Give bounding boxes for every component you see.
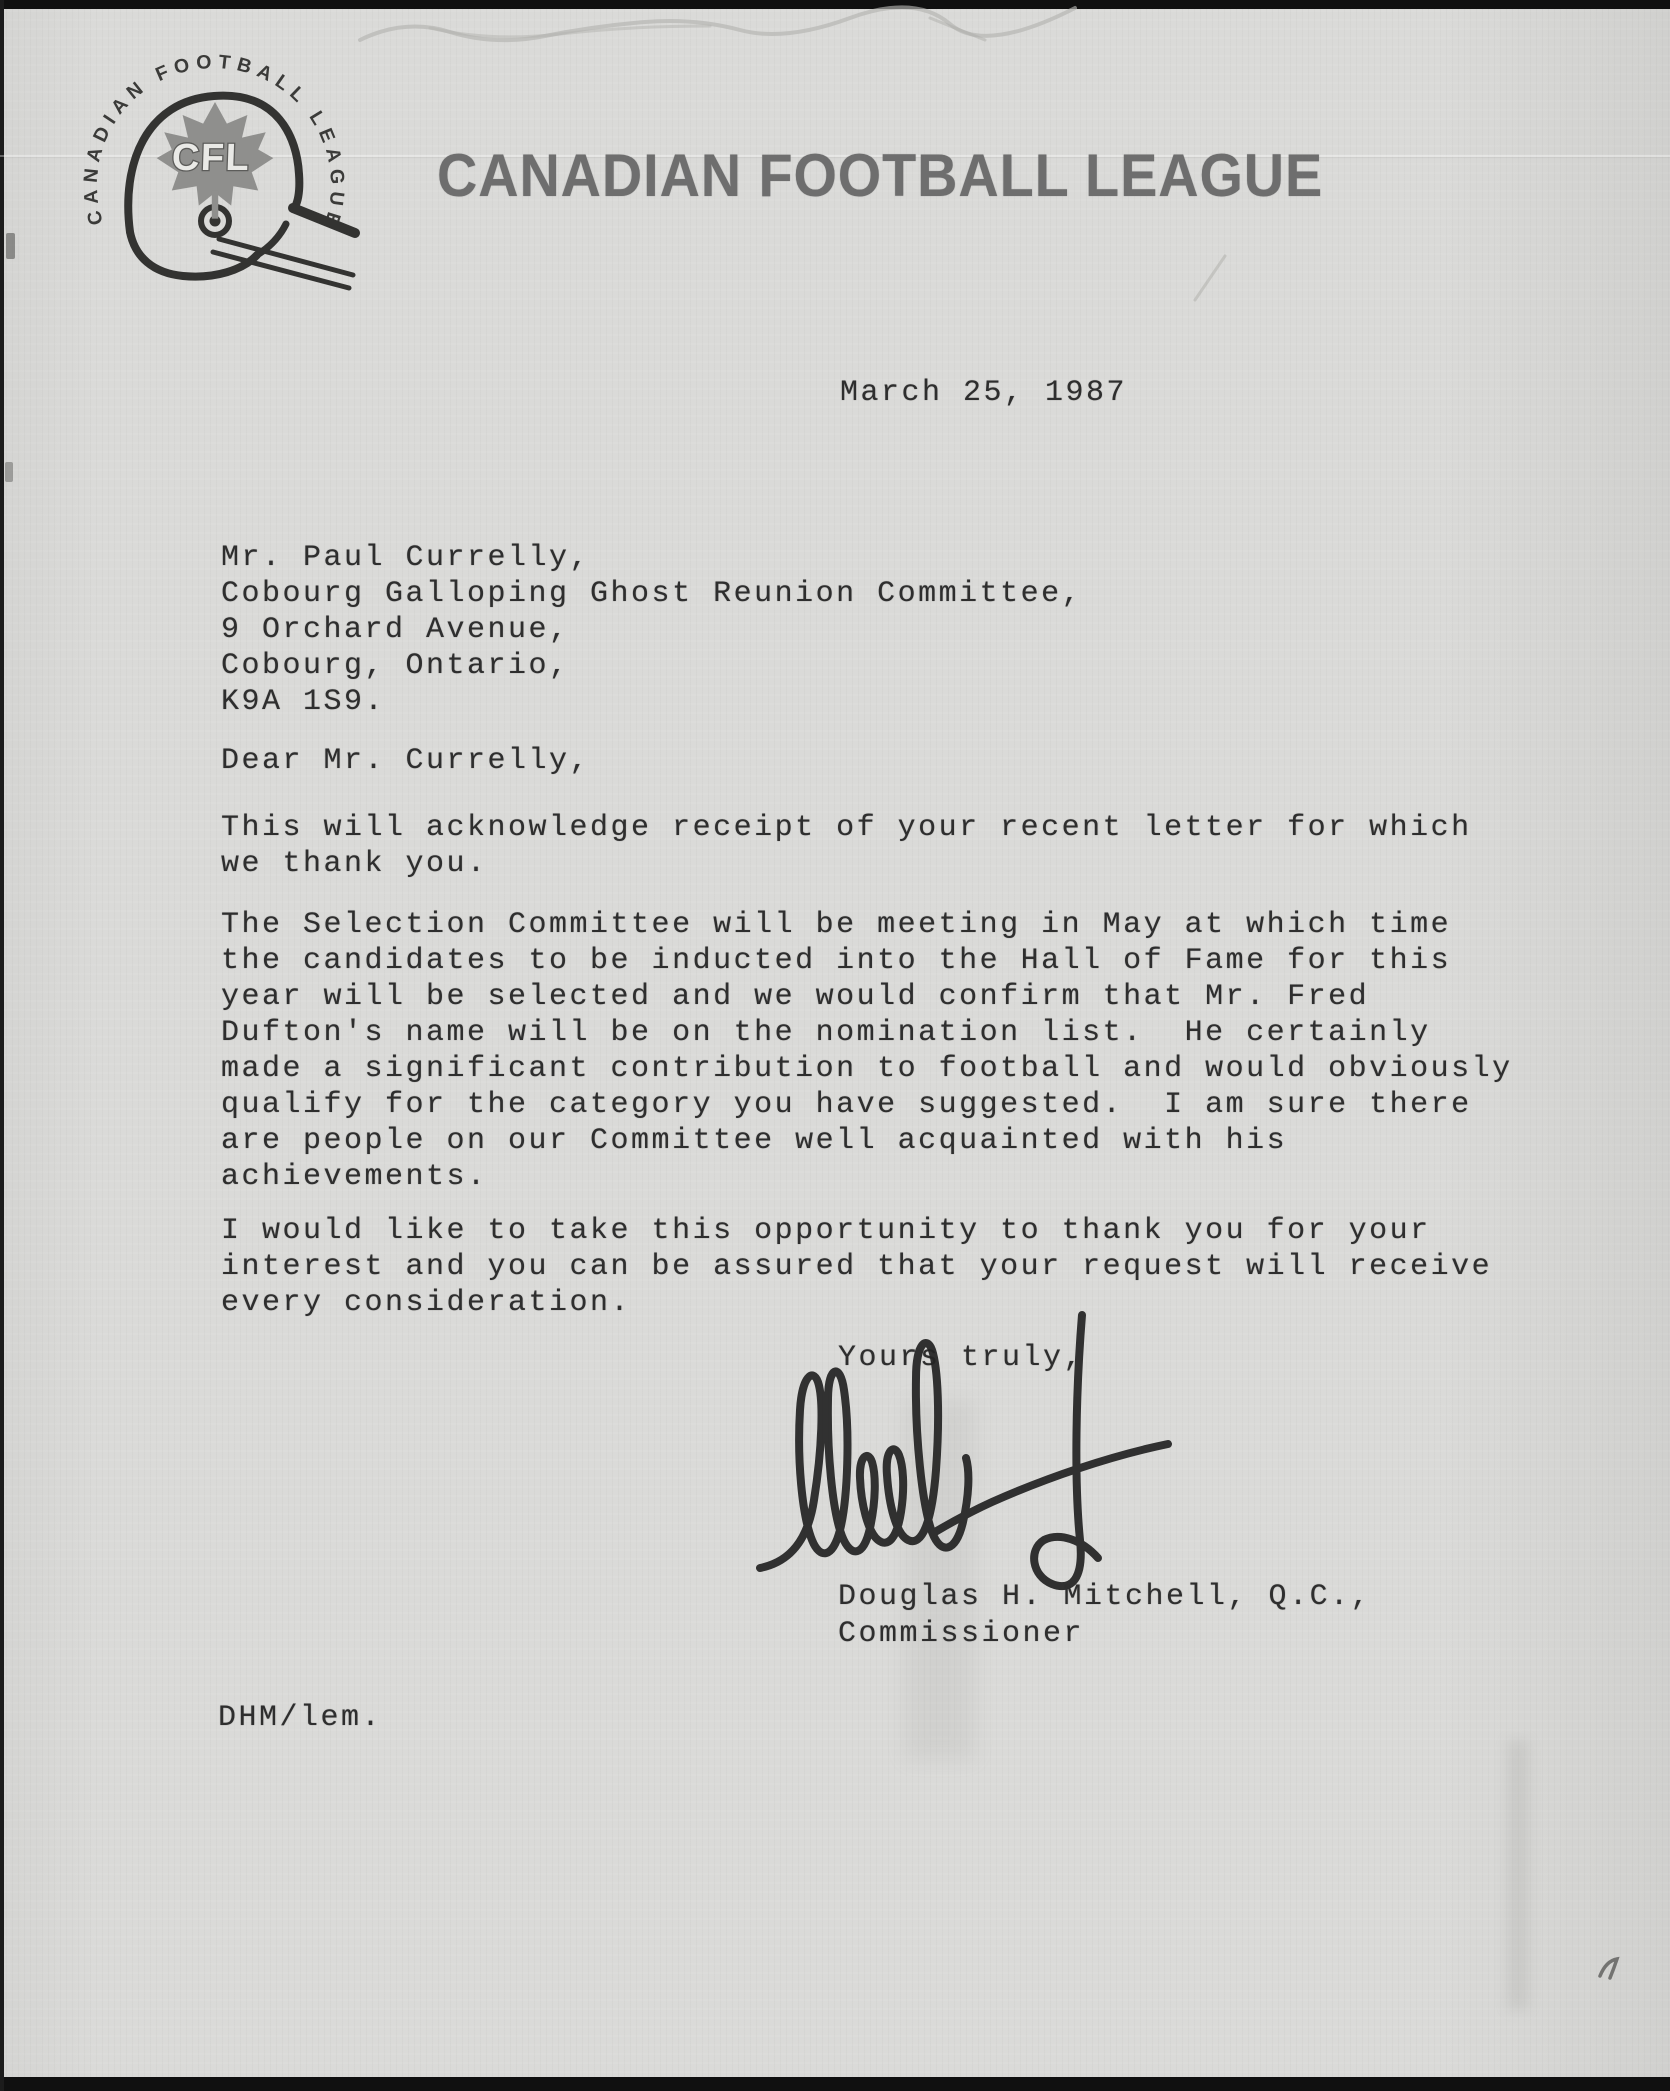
letter-date: March 25, 1987 xyxy=(840,375,1127,411)
paragraph: The Selection Committee will be meeting … xyxy=(221,907,1513,1195)
cfl-monogram: CFL xyxy=(171,137,251,179)
scan-edge-top xyxy=(0,0,1670,9)
cfl-logo: CANADIAN FOOTBALL LEAGUE CFL xyxy=(62,46,372,301)
scan-edge-left xyxy=(0,0,4,2091)
scan-smudge xyxy=(1508,1740,1528,2010)
recipient-address: Mr. Paul Currelly, Cobourg Galloping Gho… xyxy=(221,540,1082,720)
letterhead-title: CANADIAN FOOTBALL LEAGUE xyxy=(437,146,1323,206)
typist-reference: DHM/lem. xyxy=(218,1700,382,1736)
paragraph: This will acknowledge receipt of your re… xyxy=(221,810,1472,882)
signer-name: Douglas H. Mitchell, Q.C., xyxy=(838,1579,1371,1615)
scan-smudge xyxy=(6,233,15,259)
scan-smudge xyxy=(5,462,13,482)
scan-edge-bottom xyxy=(0,2077,1670,2091)
scanned-letter-page: CANADIAN FOOTBALL LEAGUE CFL CANADIAN FO… xyxy=(0,0,1670,2091)
salutation: Dear Mr. Currelly, xyxy=(221,743,590,779)
signer-title: Commissioner xyxy=(838,1616,1084,1652)
